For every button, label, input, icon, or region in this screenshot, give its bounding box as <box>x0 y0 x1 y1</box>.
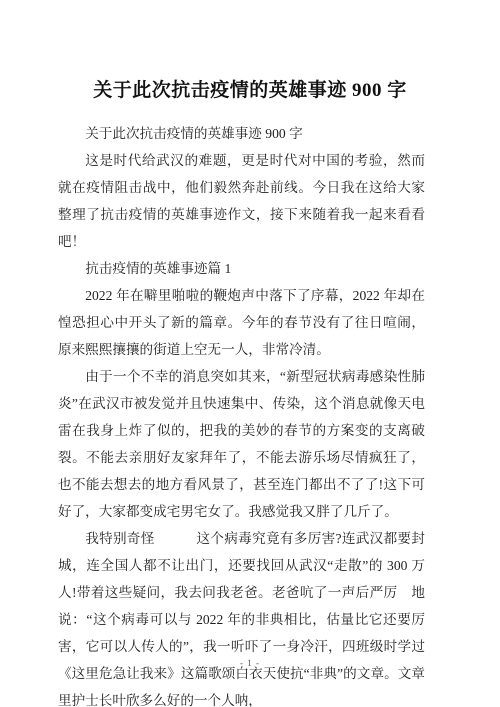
paragraph-body: 2022 年在噼里啪啦的鞭炮声中落下了序幕，2022 年却在惶恐担心中开头了新的… <box>58 282 425 363</box>
paragraph-section-heading: 抗击疫情的英雄事迹篇 1 <box>58 255 425 282</box>
paragraph-heading-repeat: 关于此次抗击疫情的英雄事迹 900 字 <box>58 120 425 147</box>
paragraph-body: 由于一个不幸的消息突如其来，“新型冠状病毒感染性肺炎”在武汉市被发觉并且快速集中… <box>58 363 425 525</box>
document-title: 关于此次抗击疫情的英雄事迹 900 字 <box>0 0 500 103</box>
page-footer: - 1 - <box>0 657 500 669</box>
page-number: - 1 - <box>240 658 260 668</box>
document-body: 关于此次抗击疫情的英雄事迹 900 字 这是时代给武汉的难题，更是时代对中国的考… <box>58 120 425 707</box>
document-page: 关于此次抗击疫情的英雄事迹 900 字 关于此次抗击疫情的英雄事迹 900 字 … <box>0 0 500 707</box>
paragraph-intro: 这是时代给武汉的难题，更是时代对中国的考验，然而就在疫情阻击战中，他们毅然奔赴前… <box>58 147 425 255</box>
paragraph-body: 我特别奇怪 这个病毒究竟有多厉害?连武汉都要封城，连全国人都不让出门，还要找回从… <box>58 525 425 707</box>
